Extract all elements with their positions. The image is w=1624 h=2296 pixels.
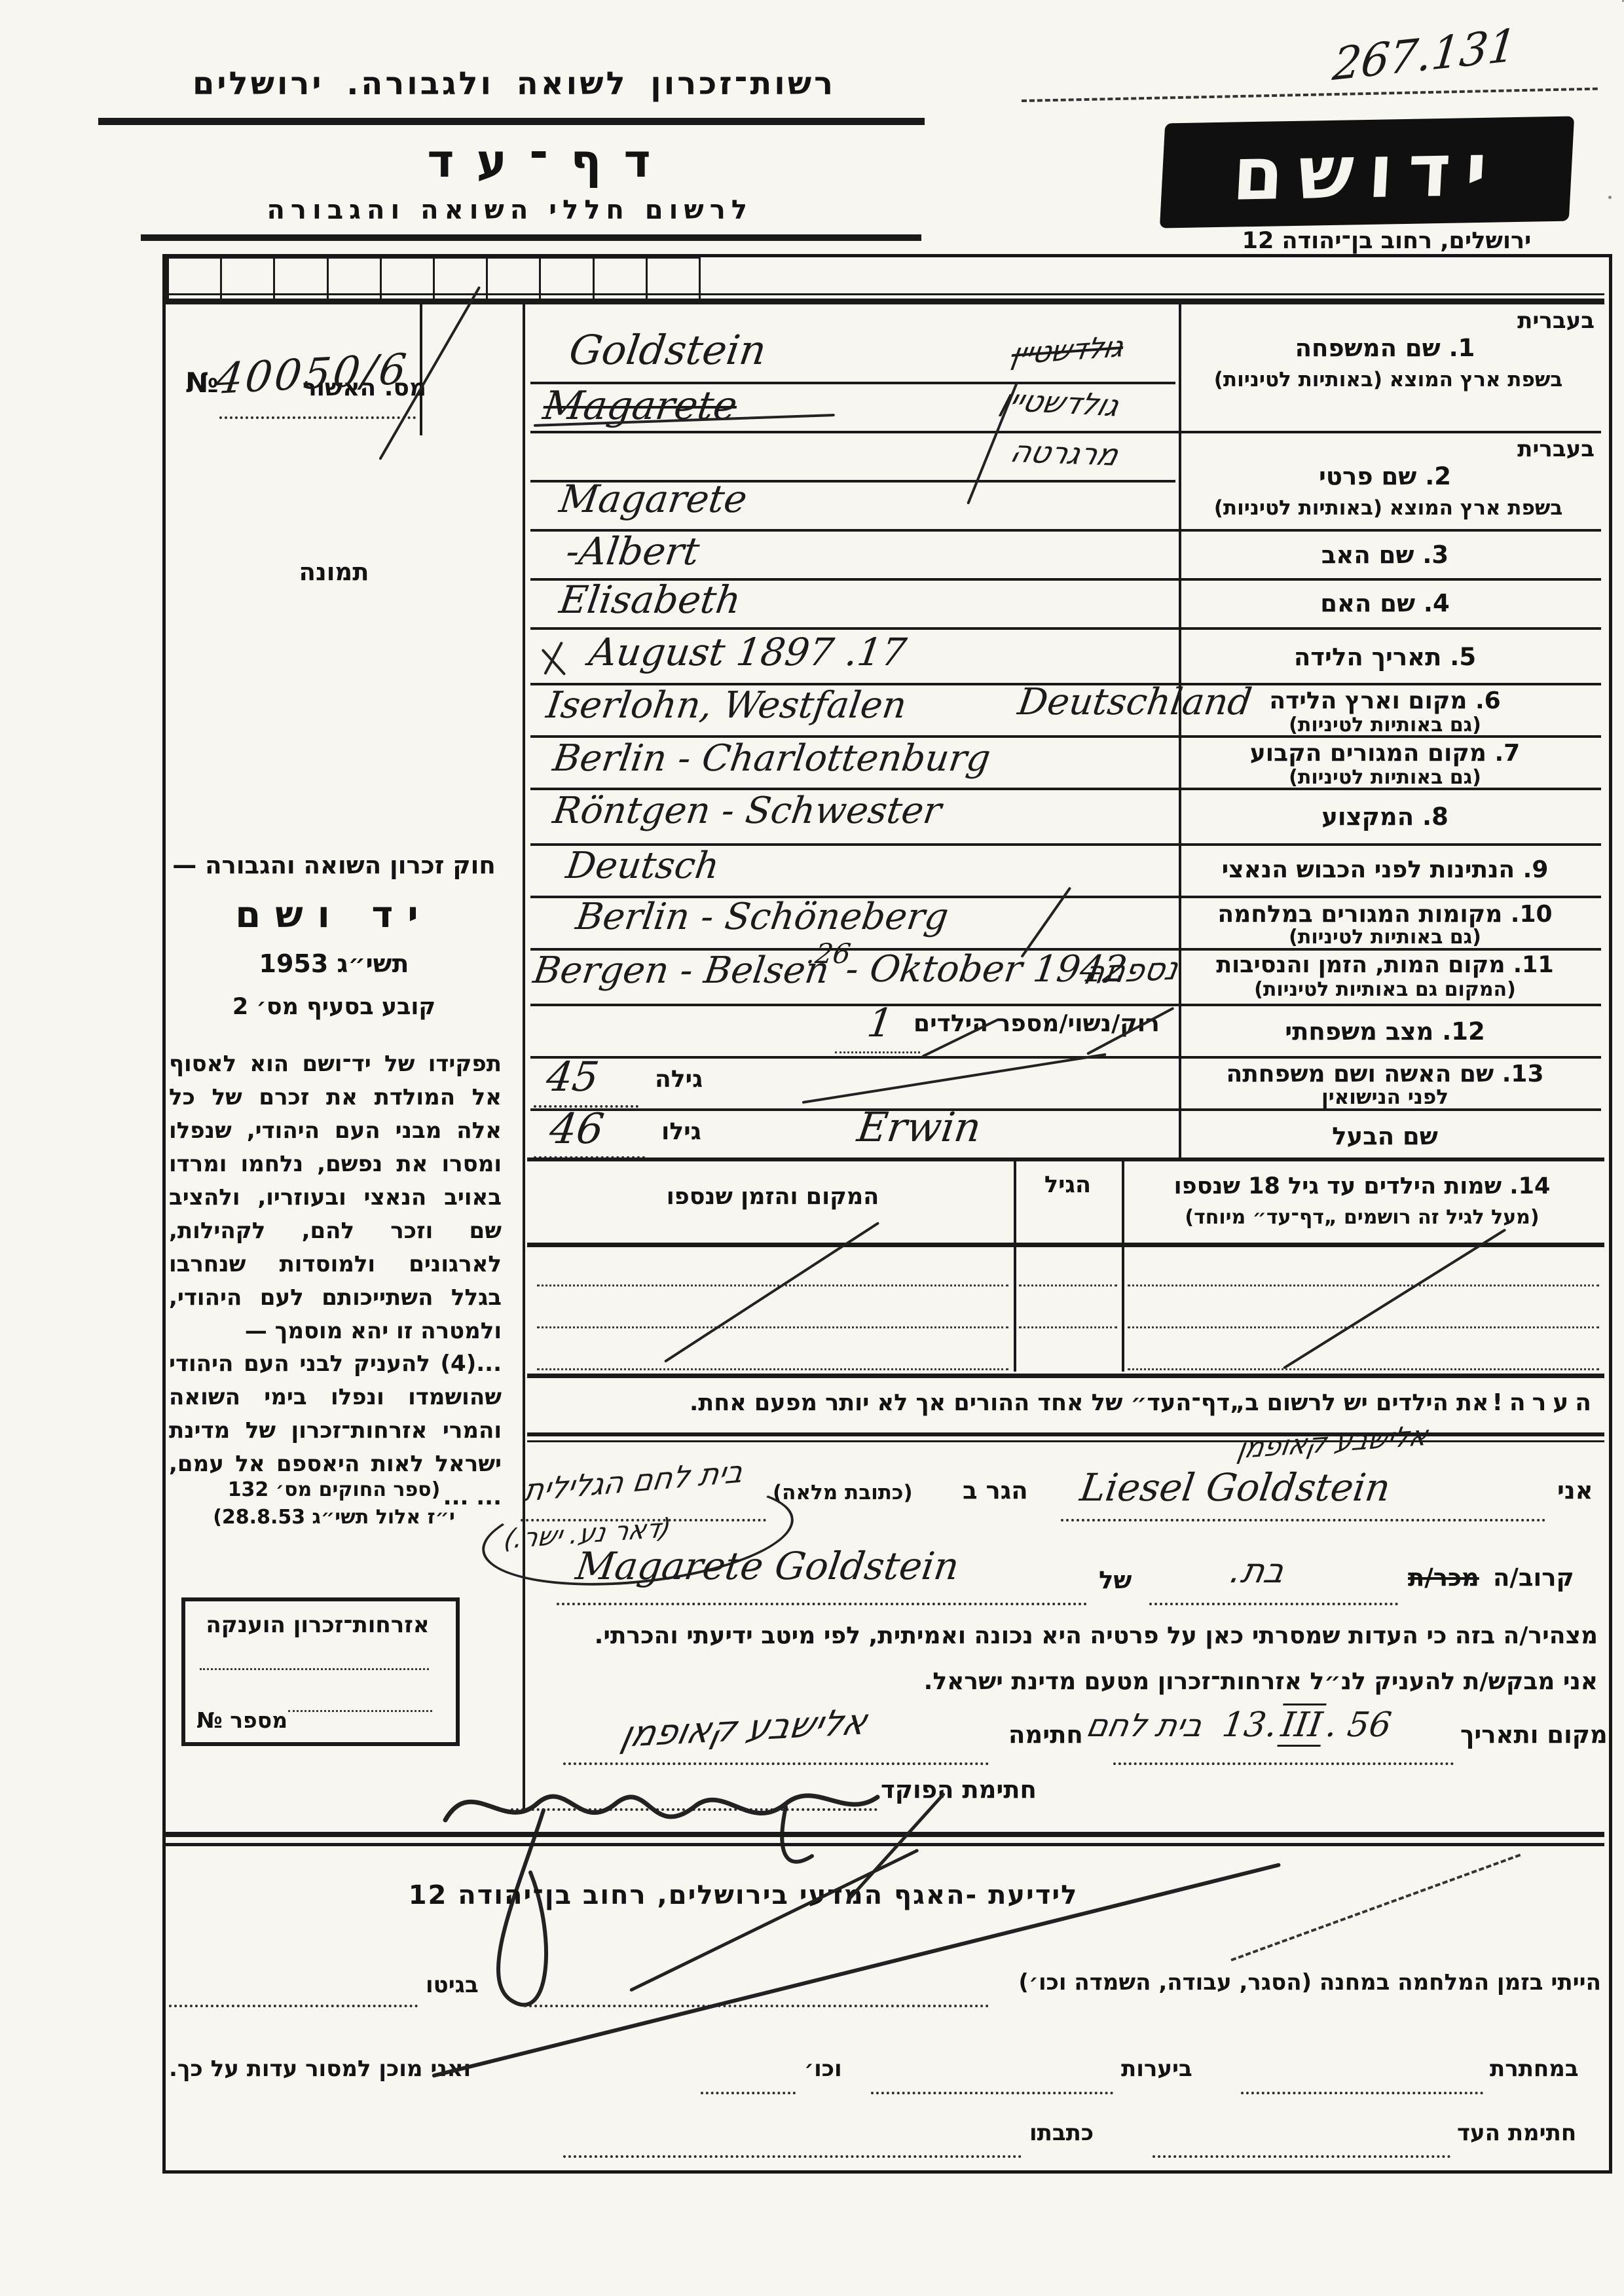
pd-year: . 56: [1323, 1705, 1394, 1745]
value-death-place: Bergen - Belsen: [530, 949, 832, 992]
value-birthdate: 17. August 1897: [586, 630, 909, 674]
witness-address-label: כתבתו: [1029, 2120, 1094, 2146]
bottom-underground-line: [1241, 2092, 1483, 2094]
value-war-residence: Berlin - Schöneberg: [573, 896, 951, 938]
table-row-line: [1019, 1326, 1117, 1328]
value-death-note-hebrew: נספתה: [1080, 950, 1181, 992]
bottom-etc-line: [701, 2092, 796, 2094]
field-rule: [530, 431, 1601, 433]
label-field-7: 7. מקום המגורים הקבוע: [1182, 740, 1588, 767]
stamp-line-2: [288, 1710, 432, 1712]
table-row-line: [537, 1368, 1008, 1370]
label-field-13-sub: לפני הנישואין: [1182, 1085, 1588, 1109]
label-hebrew-1: בעברית: [1182, 308, 1606, 334]
value-citizenship: Deutsch: [563, 845, 722, 887]
note-label: הערה!: [1492, 1389, 1598, 1416]
scanned-testimony-page: רשות־זכרון לשואה ולגבורה. ירושלים דף־עד …: [0, 0, 1624, 2296]
certificate-no-symbol: №: [185, 367, 219, 399]
label-field-7-sub: (גם באותיות לטיניות): [1182, 766, 1588, 789]
place-date-handwritten: בית לחם 13. III . 56: [1087, 1704, 1392, 1747]
his-age-label: גילו: [661, 1118, 701, 1145]
children-count-line: [835, 1051, 920, 1053]
note-bottom-border-2: [527, 1440, 1604, 1442]
form-subtitle: לרשום חללי השואה והגבורה: [347, 195, 753, 225]
law-title: חוק זכרון השואה והגבורה —: [167, 851, 501, 879]
witness-address-line: [563, 2155, 1022, 2158]
label-field-4: 4. שם האם: [1182, 589, 1588, 617]
logo-address: ירושלים, רחוב בן־יהודה 12: [1198, 228, 1575, 254]
authority-title: רשות־זכרון לשואה ולגבורה. ירושלים: [98, 65, 930, 102]
table-header-children-sub: (מעל לגיל זה רושמים „דף־עד״ מיוחד): [1130, 1206, 1595, 1229]
table-row-line: [1019, 1285, 1117, 1286]
left-column-divider: [523, 304, 525, 1810]
label-field-3: 3. שם האב: [1182, 541, 1588, 569]
box-top-thick-rule: [164, 299, 1604, 304]
table-top-border: [527, 1157, 1604, 1161]
label-field-8: 8. המקצוע: [1182, 803, 1588, 831]
declaration-statement: מצהיר/ה בזה כי העדות שמסרתי כאן על פרטיה…: [544, 1622, 1598, 1649]
section-separator-2: [164, 1843, 1604, 1846]
pd-roman-month: III: [1277, 1704, 1326, 1747]
table-divider-age-left: [1014, 1159, 1016, 1372]
value-her-age: 45: [544, 1053, 602, 1101]
table-header-place: המקום והזמן שנספו: [534, 1184, 1012, 1210]
yad-vashem-logo: ידושם: [1160, 116, 1574, 228]
stamp-line-1: [200, 1668, 429, 1670]
certificate-cell-divider: [420, 304, 422, 435]
law-year: תשי״ג 1953: [167, 949, 501, 978]
law-section: קובע בסעיף מס׳ 2: [167, 994, 501, 1020]
note-bottom-border: [527, 1432, 1604, 1436]
annotation-firstname-hebrew: מרגרטה: [1006, 433, 1122, 472]
certificate-number-handwritten: 40050/6: [213, 345, 412, 404]
resides-in-label: הגר ב: [963, 1476, 1028, 1504]
archive-underline: [1022, 88, 1598, 102]
yad-vashem-logo-text: ידושם: [1230, 127, 1504, 217]
witness-signature-line: [1153, 2155, 1450, 2158]
photo-placeholder-label: תמונה: [282, 558, 386, 586]
bottom-underground-label: במחתרת: [1490, 2056, 1579, 2082]
label-field-13: 13. שם האשה ושם משפחתה: [1182, 1061, 1588, 1087]
law-paragraph-1: תפקידו של יד־ושם הוא לאסוף אל המולדת את …: [169, 1048, 502, 1348]
table-header-children: 14. שמות הילדים עד גיל 18 שנספו: [1130, 1173, 1595, 1199]
law-citation-1: (ספר החוקים מס׳ 132: [167, 1478, 501, 1501]
pd-day: 13.: [1220, 1705, 1280, 1745]
label-field-1-sub: בשפת ארץ המוצא (באותיות לטיניות): [1175, 368, 1601, 392]
bottom-ghetto-label: בגיטו: [426, 1972, 479, 1998]
signature-label: חתימה: [1008, 1721, 1083, 1749]
bottom-section-title: לידיעת -האגף המדעי בירושלים, רחוב בן־יהו…: [406, 1880, 1080, 1910]
archive-number-handwritten: 267.131: [1331, 20, 1519, 92]
relation-line: [1149, 1603, 1398, 1605]
value-birthplace-country: Deutschland: [1015, 681, 1254, 723]
declaration-request: אני מבקש/ת להעניק לנ״ל אזרחות־זכרון מטעם…: [544, 1668, 1598, 1695]
of-label: של: [1099, 1566, 1132, 1594]
victim-name-handwritten: Magarete Goldstein: [573, 1544, 962, 1588]
value-surname: Goldstein: [566, 326, 769, 374]
form-title: דף־עד: [367, 134, 733, 188]
note-text: את הילדים יש לרשום ב„דף־העד״ של אחד ההור…: [690, 1390, 1488, 1416]
acquaintance-label-struck: מכר/ת: [1408, 1563, 1479, 1592]
label-field-5: 5. תאריך הלידה: [1182, 643, 1588, 671]
label-field-11: 11. מקום המות, הזמן והנסיבות: [1182, 952, 1588, 978]
table-row-line: [1128, 1326, 1599, 1328]
table-header-age: הגיל: [1017, 1172, 1118, 1198]
table-row-line: [1128, 1368, 1599, 1370]
relative-label: קרוב/ה: [1493, 1563, 1574, 1592]
label-field-1: 1. שם המשפחה: [1182, 334, 1588, 362]
value-birthplace: Iserlohn, Westfalen: [544, 684, 909, 727]
table-row-line: [1128, 1285, 1599, 1286]
stamp-number-label: מספר №: [196, 1707, 287, 1733]
label-field-10: 10. מקומות המגורים במלחמה: [1182, 901, 1588, 928]
bottom-ghetto-line: [169, 2005, 418, 2007]
field-rule: [530, 1056, 1601, 1059]
note-top-border: [527, 1374, 1604, 1378]
value-profession: Röntgen - Schwester: [550, 790, 944, 832]
label-field-10-sub: (גם באותיות לטיניות): [1182, 926, 1588, 949]
law-name: יד ושם: [167, 894, 501, 936]
full-address-label: (כתובת מלאה): [773, 1481, 913, 1504]
field-rule: [530, 1004, 1601, 1006]
place-date-label: מקום ותאריך: [1460, 1721, 1608, 1749]
value-mother: Elisabeth: [557, 577, 743, 622]
victim-name-line: [557, 1603, 1087, 1605]
stamp-title: אזרחות־זכרון הוענקה: [190, 1612, 445, 1638]
field-rule: [530, 1108, 1601, 1111]
bottom-etc-label: וכו׳: [804, 2056, 842, 2082]
table-header-bottom: [527, 1243, 1604, 1247]
header-rule-top: [98, 118, 925, 125]
bottom-forests-label: ביערות: [1121, 2056, 1192, 2082]
witness-signature-label: חתימת העד: [1457, 2120, 1576, 2146]
declarant-name-handwritten: Liesel Goldstein: [1077, 1465, 1393, 1510]
section-separator-1: [164, 1832, 1604, 1837]
label-hebrew-2: בעברית: [1182, 436, 1606, 462]
declarant-name-line: [1061, 1519, 1545, 1522]
certificate-number-line: [219, 416, 416, 419]
law-citation-2: י״ז אלול תשי״ג 28.8.53): [167, 1506, 501, 1529]
value-his-age: 46: [547, 1105, 607, 1154]
label-husband: שם הבעל: [1182, 1122, 1588, 1150]
relation-handwritten: בת.: [1227, 1552, 1289, 1591]
label-field-12: 12. מצב משפחתי: [1182, 1017, 1588, 1046]
header-rule-bottom: [141, 234, 921, 241]
value-firstname: Magarete: [557, 477, 750, 521]
place-date-line: [1113, 1762, 1454, 1765]
value-father: Albert-: [563, 529, 702, 574]
value-residence: Berlin - Charlottenburg: [550, 737, 993, 780]
bottom-testify-label: ואני מוכן למסור עדות על כך.: [169, 2056, 693, 2082]
table-row-line: [537, 1326, 1008, 1328]
table-divider-age-right: [1122, 1159, 1124, 1372]
note-line: הערה! את הילדים יש לרשום ב„דף־העד״ של אח…: [544, 1389, 1598, 1416]
declaration-i-label: אני: [1557, 1476, 1593, 1504]
bottom-forests-line: [871, 2092, 1113, 2094]
label-field-9: 9. הנתינות לפני הכבוש הנאצי: [1182, 856, 1588, 883]
value-husband-name: Erwin: [855, 1103, 984, 1151]
label-field-2: 2. שם פרטי: [1182, 462, 1588, 490]
box-top-thin-rule: [164, 293, 1604, 295]
value-death-day: 26.: [805, 938, 853, 970]
label-field-11-sub: (המקום גם באותיות לטיניות): [1182, 978, 1588, 1001]
label-field-2-sub: בשפת ארץ המוצא (באותיות לטיניות): [1175, 496, 1601, 520]
bottom-camp-line: [524, 2005, 989, 2007]
table-row-line: [537, 1285, 1008, 1286]
her-age-label: גילה: [655, 1066, 703, 1093]
pd-place: בית לחם: [1083, 1707, 1206, 1744]
bottom-camp-label: הייתי בזמן המלחמה במחנה (הסגר, עבודה, הש…: [995, 1969, 1601, 1995]
